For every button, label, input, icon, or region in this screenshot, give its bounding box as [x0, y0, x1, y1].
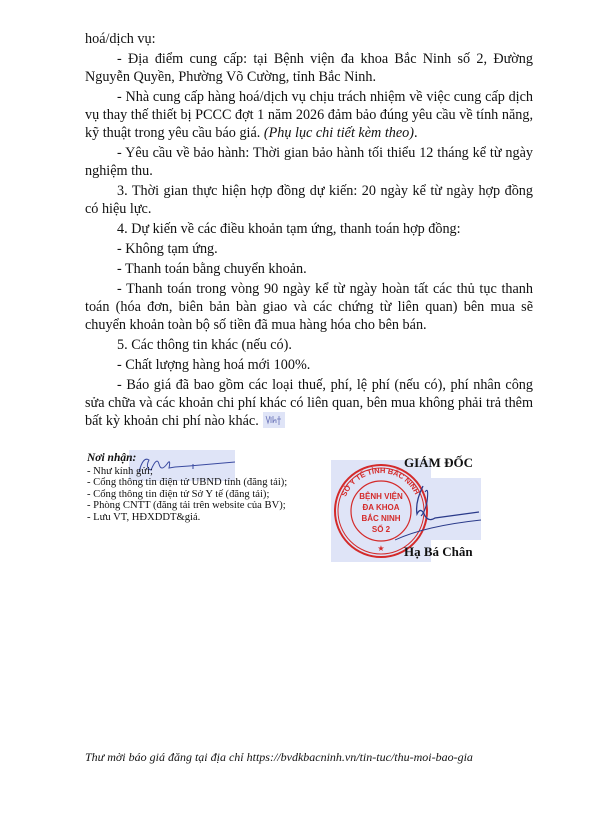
document-page: hoá/dịch vụ: - Địa điểm cung cấp: tại Bệ…	[0, 0, 592, 813]
paragraph-payment-window: - Thanh toán trong vòng 90 ngày kể từ ng…	[85, 280, 533, 334]
signer-title: GIÁM ĐỐC	[404, 455, 473, 471]
recipients-title: Nơi nhận:	[87, 453, 347, 465]
document-body: hoá/dịch vụ: - Địa điểm cung cấp: tại Bệ…	[85, 30, 533, 432]
appendix-note: (Phụ lục chi tiết kèm theo)	[264, 125, 414, 141]
price-inclusions-text: - Báo giá đã bao gồm các loại thuế, phí,…	[85, 377, 533, 429]
paragraph-supplier-responsibility: - Nhà cung cấp hàng hoá/dịch vụ chịu trá…	[85, 88, 533, 142]
footer-notice: Thư mời báo giá đăng tại địa chỉ https:/…	[85, 750, 473, 765]
recipient-item: - Như kính gửi;	[87, 466, 347, 478]
paragraph-contract-duration: 3. Thời gian thực hiện hợp đồng dự kiến:…	[85, 182, 533, 218]
recipient-item: - Cổng thông tin điện tử UBND tỉnh (đăng…	[87, 477, 347, 489]
paragraph-bank-transfer: - Thanh toán bằng chuyển khoản.	[85, 260, 533, 278]
paragraph-warranty: - Yêu cầu về bảo hành: Thời gian bảo hàn…	[85, 144, 533, 180]
recipient-item: - Phòng CNTT (đăng tải trên website của …	[87, 500, 347, 512]
paragraph-no-advance: - Không tạm ứng.	[85, 240, 533, 258]
initials-signature-icon	[263, 412, 285, 428]
paragraph-goods-services: hoá/dịch vụ:	[85, 30, 533, 48]
signer-name: Hạ Bá Chân	[404, 544, 473, 560]
recipient-item: - Lưu VT, HĐXDDT&giá.	[87, 512, 347, 524]
recipients-block: Nơi nhận: - Như kính gửi; - Cổng thông t…	[87, 453, 347, 524]
paragraph-quality: - Chất lượng hàng hoá mới 100%.	[85, 356, 533, 374]
appendix-note-period: .	[414, 125, 418, 141]
director-signature-icon	[395, 482, 485, 542]
paragraph-other-info: 5. Các thông tin khác (nếu có).	[85, 336, 533, 354]
paragraph-payment-terms-heading: 4. Dự kiến về các điều khoản tạm ứng, th…	[85, 220, 533, 238]
svg-text:★: ★	[377, 544, 384, 553]
stamp-line-4: SỐ 2	[372, 524, 391, 534]
paragraph-delivery-location: - Địa điểm cung cấp: tại Bệnh viện đa kh…	[85, 50, 533, 86]
paragraph-price-inclusions: - Báo giá đã bao gồm các loại thuế, phí,…	[85, 376, 533, 430]
recipient-item: - Cổng thông tin điện tử Sở Y tế (đăng t…	[87, 489, 347, 501]
